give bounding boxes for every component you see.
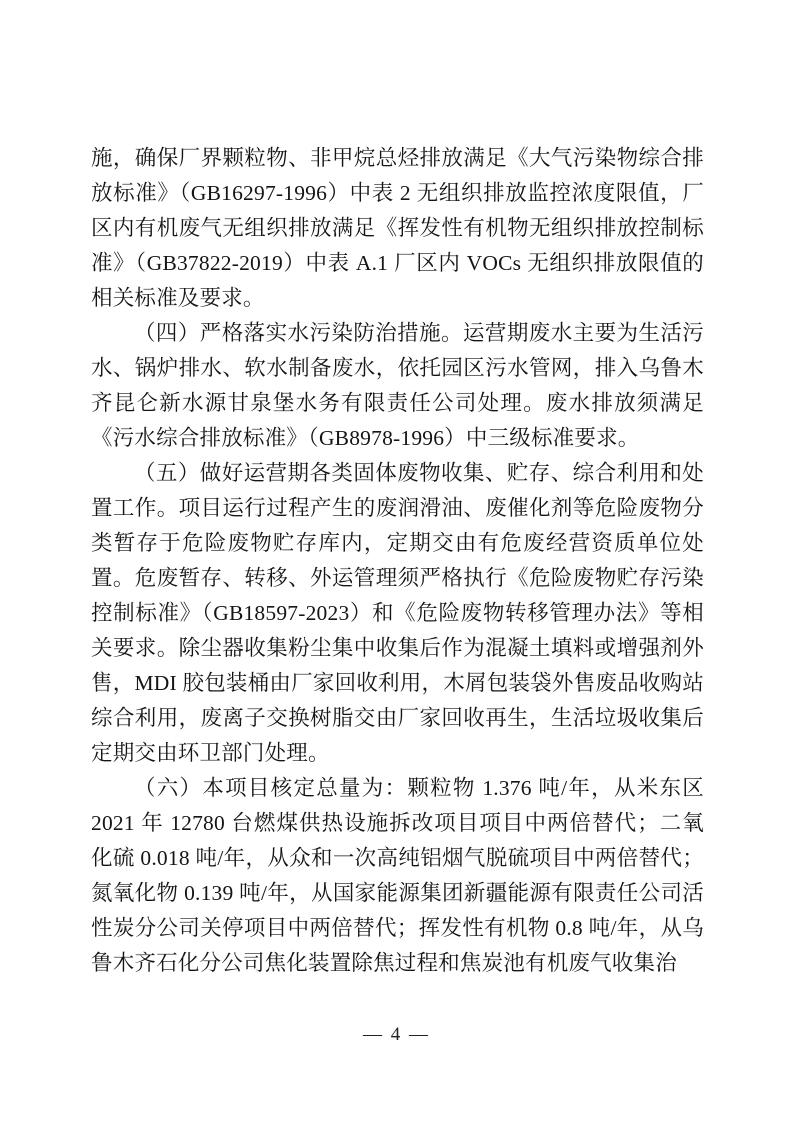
paragraph-item-4-water-pollution: （四）严格落实水污染防治措施。运营期废水主要为生活污水、锅炉排水、软水制备废水，… [91, 316, 704, 456]
paragraph-item-6-total-quota: （六）本项目核定总量为：颗粒物 1.376 吨/年，从米东区 2021 年 12… [91, 771, 704, 981]
page-number: — 4 — [0, 1021, 793, 1049]
document-page: 施，确保厂界颗粒物、非甲烷总烃排放满足《大气污染物综合排放标准》（GB16297… [0, 0, 793, 1122]
paragraph-continuation: 施，确保厂界颗粒物、非甲烷总烃排放满足《大气污染物综合排放标准》（GB16297… [91, 141, 704, 316]
paragraph-item-5-solid-waste: （五）做好运营期各类固体废物收集、贮存、综合利用和处置工作。项目运行过程产生的废… [91, 456, 704, 771]
document-body: 施，确保厂界颗粒物、非甲烷总烃排放满足《大气污染物综合排放标准》（GB16297… [91, 141, 704, 981]
